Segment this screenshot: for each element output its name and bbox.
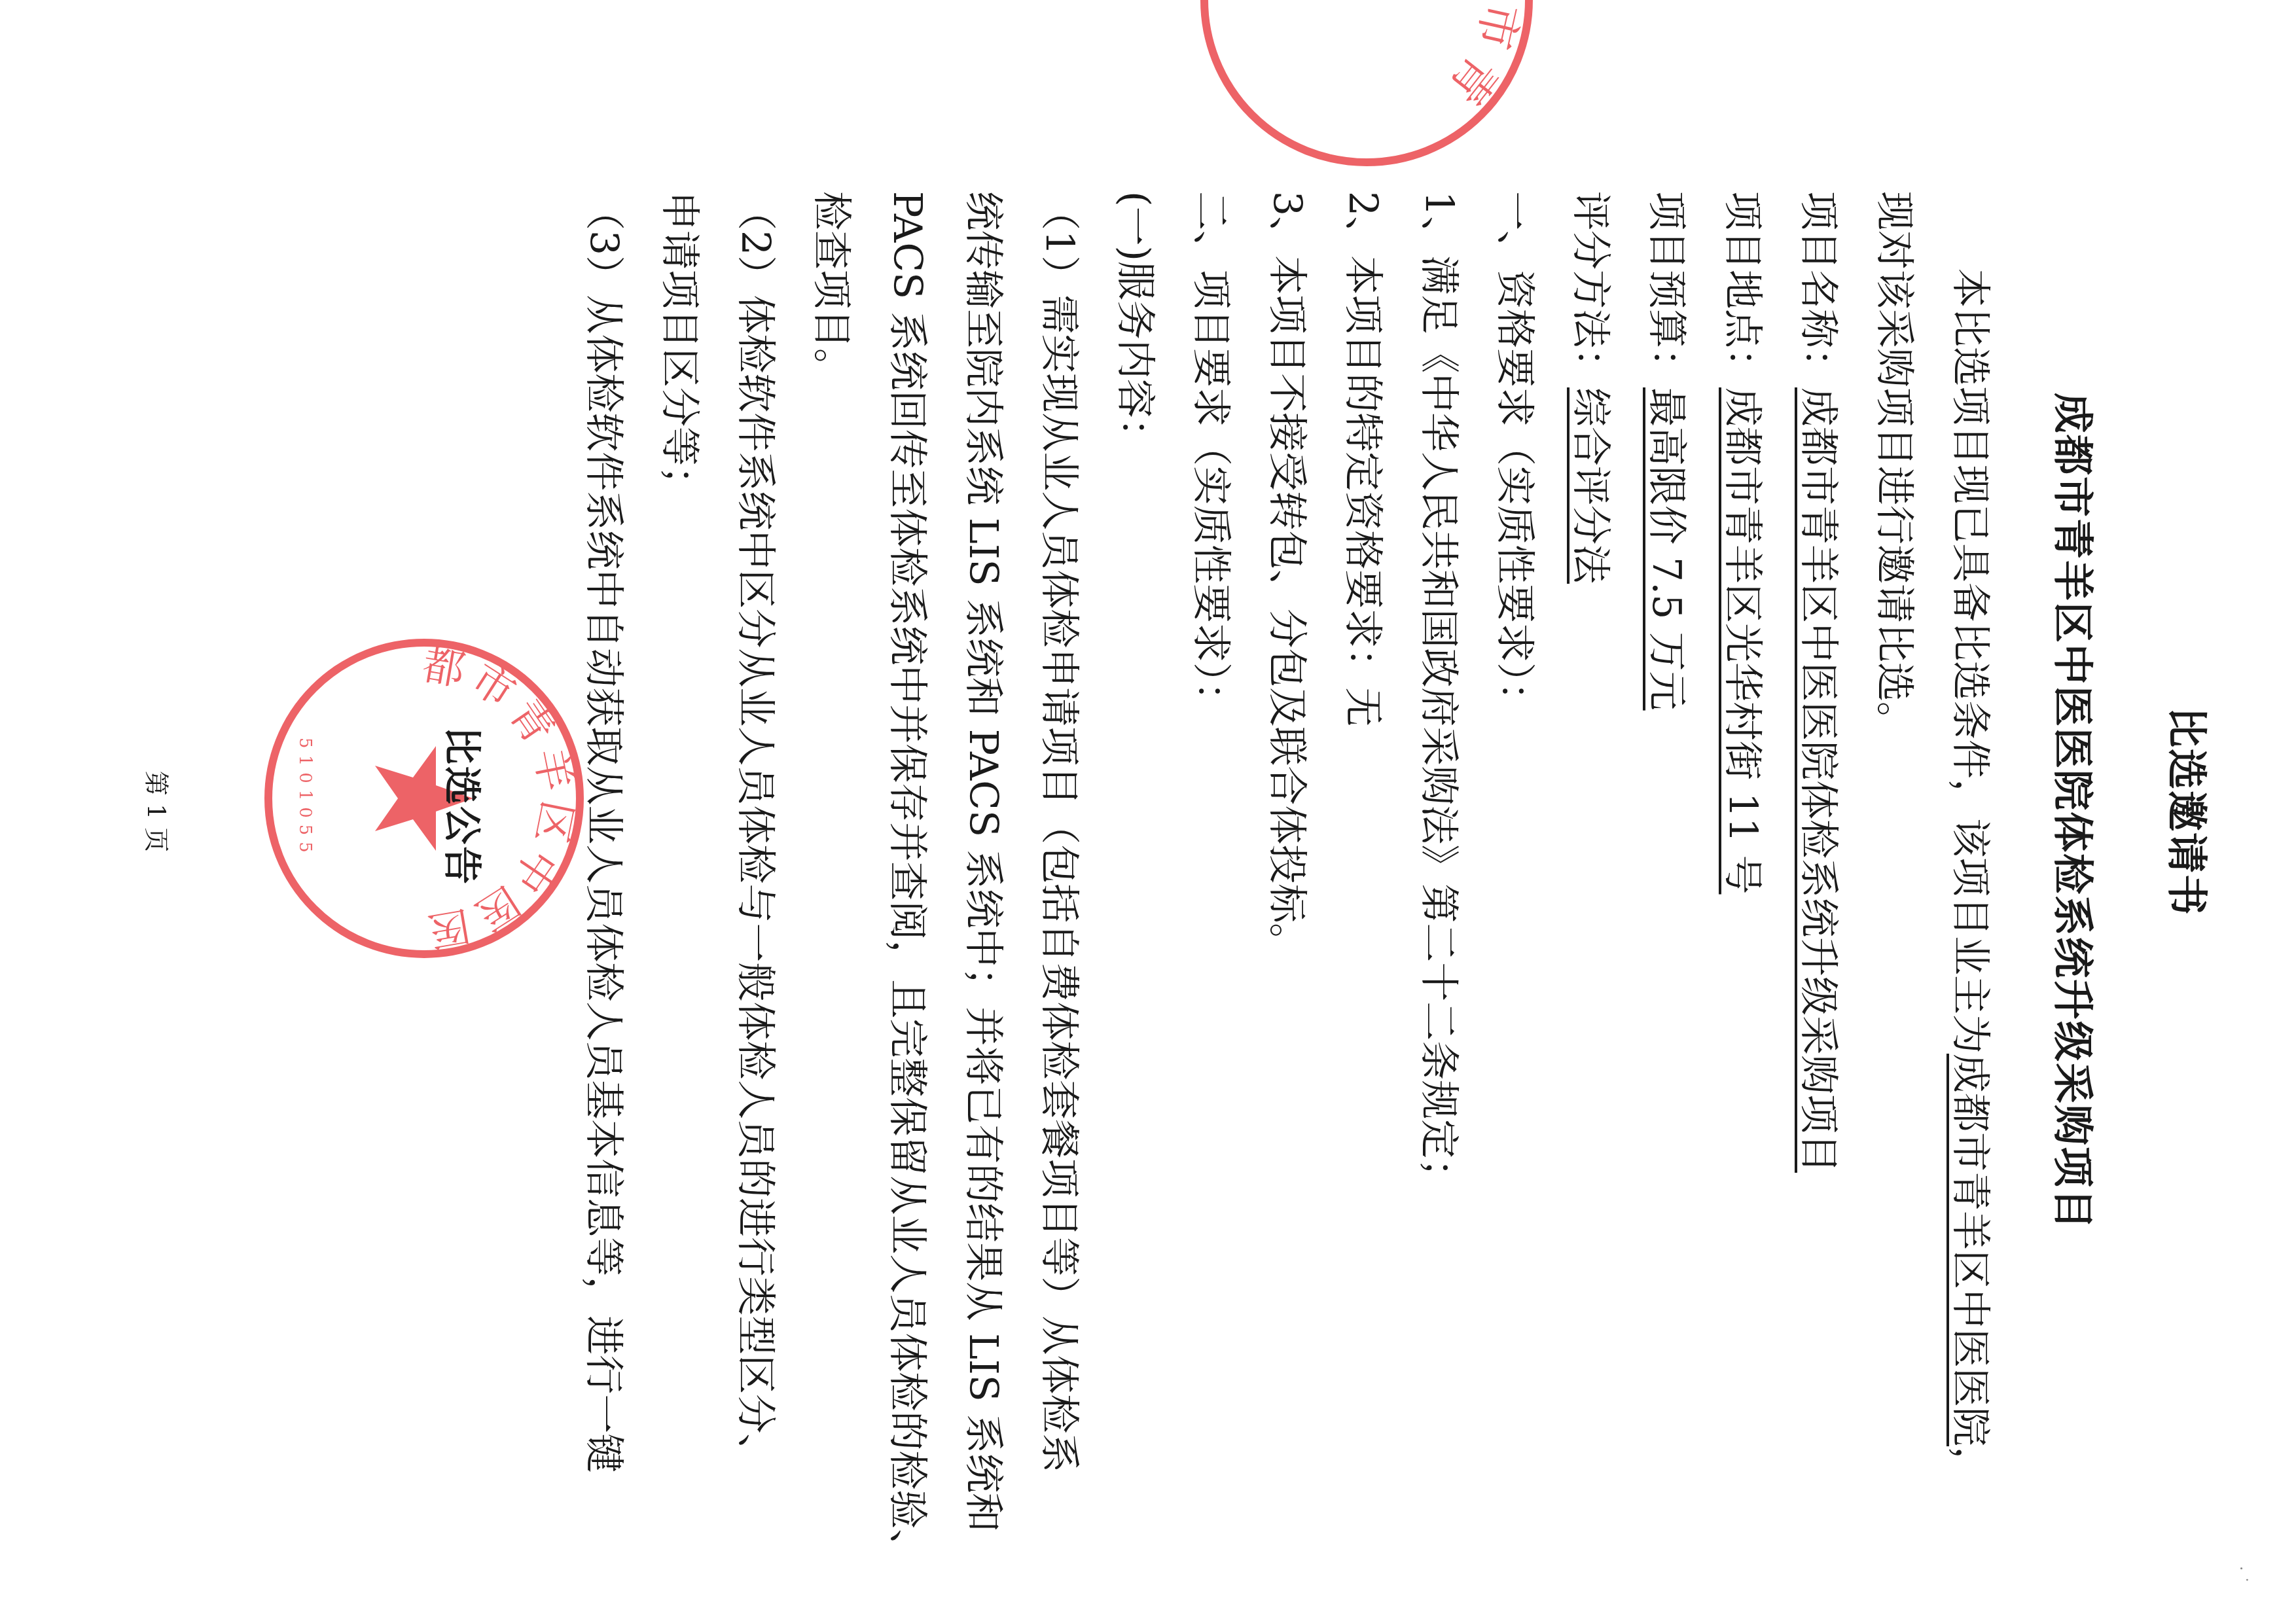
- field-label: 项目地点：: [1719, 191, 1765, 387]
- document-body: 本比选项目现已具备比选条件，该项目业主为成都市青羊区中医医院， 现对该采购项目进…: [565, 191, 2008, 1578]
- seal-overlay-label: 比选公告: [438, 726, 493, 886]
- document-page: · ˙ 比选邀请书 成都市青羊区中医医院体检系统升级采购项目 本比选项目现已具备…: [0, 0, 2296, 1623]
- field-label: 评分方法：: [1568, 191, 1613, 387]
- partial-seal-text: 成都市青: [1434, 0, 1528, 120]
- service-item-2-line: 申请项目区分等；: [641, 191, 717, 1578]
- field-value: 综合评分法: [1568, 387, 1613, 584]
- scan-speck-marks: · ˙: [2232, 1566, 2250, 1584]
- service-item-1-line: 统传输至院内系统 LIS 系统和 PACS 系统中；并将已有的结果从 LIS 系…: [945, 191, 1021, 1578]
- section-1-item: 3、本项目不接受转包、分包及联合体投标。: [1249, 191, 1325, 1578]
- field-project-location: 项目地点：成都市青羊区光华村街 11 号: [1704, 191, 1780, 1578]
- service-item-3-line: （3）从体检软件系统中自动获取从业人员体检人员基本信息等，进行一键: [565, 191, 641, 1578]
- page-number: 第 1 页: [141, 0, 177, 1623]
- intro-punct: ，: [1947, 1446, 1993, 1486]
- intro-paragraph-line-1: 本比选项目现已具备比选条件，该项目业主为成都市青羊区中医医院，: [1932, 191, 2008, 1578]
- section-1-item: 2、本项目的特定资格要求：无: [1325, 191, 1401, 1578]
- field-evaluation-method: 评分方法：综合评分法: [1552, 191, 1628, 1578]
- document-title: 比选邀请书: [2161, 0, 2219, 1623]
- field-label: 项目名称：: [1795, 191, 1841, 387]
- project-title: 成都市青羊区中医医院体检系统升级采购项目: [2047, 0, 2105, 1623]
- service-content-heading: (一)服务内容：: [1097, 191, 1173, 1578]
- official-seal-stamp: 成都市青羊区中医医院 5101055: [260, 635, 588, 962]
- partial-seal-stamp: 成都市青: [1196, 0, 1537, 170]
- service-item-2-line: （2）体检软件系统中区分从业人员体检与一般体检人员的进行类型区分、: [717, 191, 793, 1578]
- svg-text:成都市青: 成都市青: [1434, 0, 1528, 120]
- field-label: 项目预算：: [1643, 191, 1689, 387]
- intro-text: 本比选项目现已具备比选条件，该项目业主为: [1947, 268, 1993, 1054]
- owner-name: 成都市青羊区中医医院: [1947, 1054, 1993, 1446]
- field-project-name: 项目名称：成都市青羊区中医医院体检系统升级采购项目: [1780, 191, 1856, 1578]
- field-value: 成都市青羊区中医医院体检系统升级采购项目: [1795, 387, 1841, 1173]
- service-item-1-line: （1）需实现从业人员体检申请项目（包括自费体检套餐项目等）从体检系: [1021, 191, 1097, 1578]
- field-project-budget: 项目预算：最高限价 7.5 万元: [1628, 191, 1704, 1578]
- section-1-heading: 一、资格要求（实质性要求）：: [1477, 191, 1552, 1578]
- field-value: 成都市青羊区光华村街 11 号: [1719, 387, 1765, 895]
- section-1-item: 1、满足《中华人民共和国政府采购法》第二十二条规定；: [1401, 191, 1477, 1578]
- service-item-1-line: 检查项目。: [793, 191, 869, 1578]
- intro-paragraph-line-2: 现对该采购项目进行邀请比选。: [1856, 191, 1932, 1578]
- field-value: 最高限价 7.5 万元: [1643, 387, 1689, 711]
- service-item-1-line: PACS 系统回传至体检系统中并保存并查阅，且完整保留从业人员体检的检验、: [869, 191, 945, 1578]
- seal-number: 5101055: [295, 738, 315, 859]
- section-2-heading: 二、项目要求（实质性要求）：: [1173, 191, 1249, 1578]
